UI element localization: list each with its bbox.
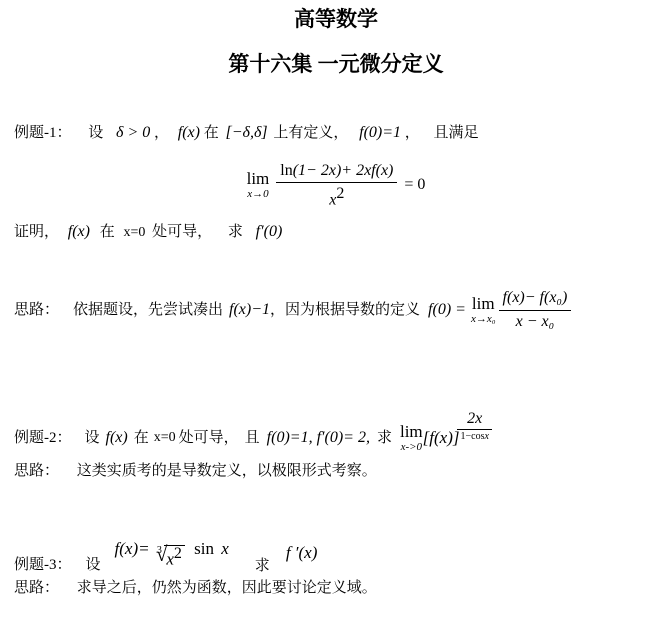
limit-operator: lim x→x₀ [471, 295, 496, 325]
approach1-text1: 依据题设，先尝试凑出 [73, 300, 223, 320]
example1-text-defined: 上有定义， [273, 125, 348, 141]
fraction-numerator: f(x)− f(x₀) [499, 289, 572, 310]
fraction: ln(1− 2x)+ 2xf(x) x2 [276, 160, 397, 210]
example1-fx: f(x) [178, 124, 200, 141]
denominator-exponent: 2 [336, 185, 344, 202]
lim-word: lim [472, 295, 495, 312]
prove-text-derivable: 处可导， [152, 224, 212, 240]
prove-text-at: 在 [100, 224, 115, 240]
approach1-text2: ，因为根据导数的定义 [270, 300, 420, 320]
example2-bracket-expression: [f(x)] [423, 428, 460, 448]
limit-operator: lim x→0 [247, 170, 270, 200]
example2-intro-line: 例题-2： 设 f(x) 在 x=0 处可导， 且 f(0)=1, f′(0)=… [14, 420, 489, 456]
prove-text-find: 求 [228, 224, 243, 240]
sin-variable: x [221, 539, 229, 558]
approach3-label: 思路： [14, 580, 59, 596]
approach1-expression: f(x)−1 [229, 300, 270, 320]
lim-word: lim [400, 423, 423, 440]
fraction-numerator: ln(1− 2x)+ 2xf(x) [276, 160, 397, 183]
example2-fx: f(x) [106, 428, 128, 448]
prove-x-eq-0: x=0 [123, 225, 145, 240]
root-index: 3 [157, 546, 162, 556]
fx-equals: f(x)= [115, 539, 150, 558]
cos-variable: x [484, 431, 488, 442]
approach2-text: 这类实质考的是导数定义，以极限形式考察。 [77, 463, 377, 479]
example2-conditions: f(0)=1, f′(0)= 2, [267, 428, 370, 448]
radicand-base: x [166, 550, 174, 569]
example1-approach-line: 思路： 依据题设，先尝试凑出 f(x)−1 ，因为根据导数的定义 f(0) = … [14, 287, 571, 333]
cos-function: 1−cos [460, 431, 484, 442]
equals-zero: = 0 [404, 176, 425, 194]
sin-function: sin [194, 539, 214, 558]
approach2-label: 思路： [14, 463, 59, 479]
lim-subscript: x→x₀ [471, 314, 496, 325]
example1-interval: [−δ,δ] [225, 124, 267, 141]
example2-text-and: 且 [245, 428, 260, 448]
derivative-def-lhs: f(0) = [428, 300, 466, 320]
example3-label: 例题-3： [14, 555, 72, 575]
exponent-fraction: 2x 1−cosx [460, 409, 488, 444]
cube-root: 3√x2 [157, 547, 185, 570]
example1-intro-line: 例题-1： 设 δ > 0 ， f(x) 在 [−δ,δ] 上有定义， f(0)… [14, 123, 479, 143]
example3-approach-line: 思路： 求导之后，仍然为函数，因此要讨论定义域。 [14, 578, 377, 598]
document-page: 高等数学 第十六集 一元微分定义 例题-1： 设 δ > 0 ， f(x) 在 … [0, 0, 672, 619]
limit-operator: lim x->0 [400, 423, 423, 453]
example1-f0-condition: f(0)=1 [359, 124, 401, 141]
example1-label: 例题-1： [14, 125, 72, 141]
example1-text-set: 设 [88, 125, 103, 141]
example3-function-formula: f(x)= 3√x2 sin x [115, 539, 229, 570]
exponent-denominator: 1−cosx [460, 430, 488, 444]
radicand-exponent: 2 [174, 545, 182, 562]
lim-subscript: x->0 [401, 442, 422, 453]
example3-text-find: 求 [255, 556, 270, 576]
exponent-numerator: 2x [457, 409, 491, 430]
approach3-text: 求导之后，仍然为函数，因此要讨论定义域。 [77, 580, 377, 596]
example2-x-eq-0: x=0 [154, 428, 176, 448]
example1-punct1: ， [154, 125, 169, 141]
prove-fx: f(x) [68, 223, 90, 240]
example1-limit-formula: lim x→0 ln(1− 2x)+ 2xf(x) x2 = 0 [0, 160, 672, 210]
example2-text-derivable: 处可导， [179, 428, 239, 448]
fraction-denominator: x2 [329, 183, 344, 210]
ln-function: ln [280, 162, 292, 179]
example1-prove-line: 证明， f(x) 在 x=0 处可导， 求 f′(0) [14, 222, 282, 243]
prove-f-prime-0: f′(0) [256, 223, 283, 240]
prove-text: 证明， [14, 224, 59, 240]
example1-punct2: ， [405, 125, 420, 141]
example1-delta-condition: δ > 0 [116, 124, 150, 141]
example3-text-set: 设 [86, 555, 101, 575]
fraction: f(x)− f(x₀) x − x₀ [499, 289, 572, 331]
example1-text-in: 在 [204, 125, 219, 141]
example2-text-find: 求 [377, 428, 392, 448]
numerator-expression: (1− 2x)+ 2xf(x) [293, 162, 394, 179]
page-title: 高等数学 [0, 6, 672, 32]
lim-subscript: x→0 [247, 189, 268, 200]
example2-label: 例题-2： [14, 428, 72, 448]
fraction-denominator: x − x₀ [516, 311, 555, 331]
lim-word: lim [247, 170, 270, 187]
example1-text-satisfy: 且满足 [434, 125, 479, 141]
example3-intro-line: 例题-3： 设 f(x)= 3√x2 sin x 求 f ′(x) [14, 535, 317, 577]
approach1-label: 思路： [14, 300, 59, 320]
example3-f-prime-x: f ′(x) [286, 543, 318, 563]
example2-approach-line: 思路： 这类实质考的是导数定义，以极限形式考察。 [14, 461, 377, 481]
example2-text-at: 在 [134, 428, 149, 448]
page-subtitle: 第十六集 一元微分定义 [0, 51, 672, 77]
example2-text-set: 设 [85, 428, 100, 448]
radicand: x2 [164, 545, 185, 568]
